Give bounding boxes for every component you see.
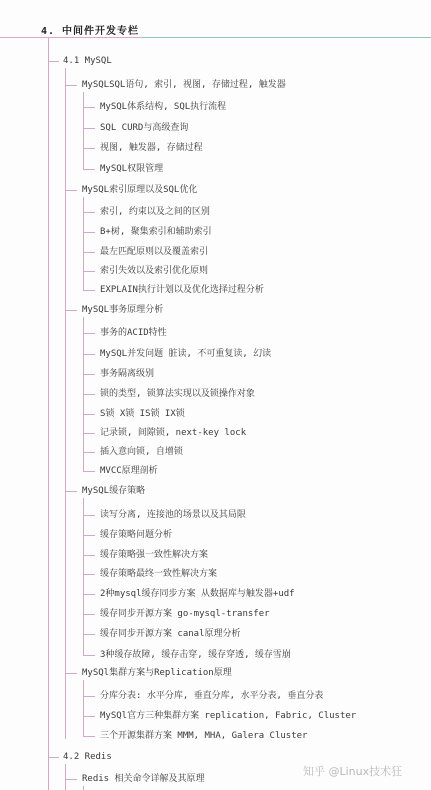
branch-connector: [83, 128, 95, 129]
group-trunk: [83, 498, 84, 655]
group-trunk: [83, 92, 84, 169]
list-item[interactable]: 缓存策略问题分析: [100, 529, 172, 541]
list-item[interactable]: MySQl官方三种集群方案 replication, Fabric, Clust…: [100, 710, 356, 722]
branch-connector: [83, 655, 95, 656]
branch-connector: [83, 333, 95, 334]
section-mysql[interactable]: 4.1 MySQL: [63, 55, 112, 67]
list-item[interactable]: MySQL并发问题 脏读, 不可重复读, 幻读: [100, 348, 271, 360]
list-item[interactable]: 插入意向锁, 自增锁: [100, 446, 183, 458]
group-redis-commands[interactable]: Redis 相关命令详解及其原理: [82, 773, 205, 785]
branch-connector: [83, 696, 95, 697]
list-item[interactable]: 事务的ACID特性: [100, 327, 167, 339]
group-trunk: [83, 786, 84, 790]
list-item[interactable]: MySQL体系结构, SQL执行流程: [100, 101, 226, 113]
group-transactions[interactable]: MySQL事务原理分析: [82, 304, 163, 316]
list-item[interactable]: 3种缓存故障, 缓存击穿, 缓存穿透, 缓存雪崩: [100, 649, 291, 661]
branch-connector: [83, 212, 95, 213]
list-item[interactable]: 读写分离, 连接池的场景以及其局限: [100, 509, 246, 521]
branch-connector: [83, 232, 95, 233]
branch-connector: [83, 169, 95, 170]
list-item[interactable]: 2种mysql缓存同步方案 从数据库与触发器+udf: [100, 588, 295, 600]
branch-connector: [65, 779, 77, 780]
list-item[interactable]: 缓存策略最终一致性解决方案: [100, 568, 217, 580]
branch-connector: [48, 757, 59, 758]
list-item[interactable]: 三个开源集群方案 MMM, MHA, Galera Cluster: [100, 730, 307, 742]
branch-connector: [83, 515, 95, 516]
group-trunk: [83, 197, 84, 290]
page-title: 4. 中间件开发专栏: [41, 22, 139, 37]
list-item[interactable]: 分库分表: 水平分库, 垂直分库, 水平分表, 垂直分表: [100, 690, 323, 702]
list-item[interactable]: 缓存同步开源方案 canal原理分析: [100, 628, 241, 640]
branch-connector: [83, 433, 95, 434]
list-item[interactable]: 索引失效以及索引优化原则: [100, 265, 208, 277]
title-underline-teal: [142, 37, 431, 38]
list-item[interactable]: 锁的类型, 锁算法实现以及锁操作对象: [100, 388, 255, 400]
branch-connector: [83, 555, 95, 556]
list-item[interactable]: 缓存策略强一致性解决方案: [100, 549, 208, 561]
branch-connector: [83, 394, 95, 395]
branch-connector: [83, 736, 95, 737]
list-item[interactable]: S锁 X锁 IS锁 IX锁: [100, 408, 185, 420]
branch-connector: [83, 290, 95, 291]
section-redis[interactable]: 4.2 Redis: [63, 751, 112, 763]
list-item[interactable]: EXPLAIN执行计划以及优化选择过程分析: [100, 284, 264, 296]
branch-connector: [83, 271, 95, 272]
branch-connector: [83, 148, 95, 149]
group-index-optimization[interactable]: MySQL索引原理以及SQL优化: [82, 184, 197, 196]
branch-connector: [83, 374, 95, 375]
mysql-trunk: [65, 68, 66, 739]
tree-trunk: [48, 38, 49, 790]
branch-connector: [83, 252, 95, 253]
list-item[interactable]: MVCC原理剖析: [100, 465, 158, 477]
watermark: 知乎 @Linux技术狂: [303, 763, 402, 779]
branch-connector: [65, 491, 77, 492]
branch-connector: [83, 354, 95, 355]
list-item[interactable]: 最左匹配原则以及覆盖索引: [100, 246, 208, 258]
group-cache-strategy[interactable]: MySQL缓存策略: [82, 485, 145, 497]
list-item[interactable]: SQL CURD与高级查询: [100, 122, 188, 134]
branch-connector: [83, 574, 95, 575]
branch-connector: [83, 594, 95, 595]
redis-trunk: [65, 764, 66, 790]
list-item[interactable]: 事务隔离级别: [100, 368, 154, 380]
branch-connector: [83, 614, 95, 615]
group-cluster-replication[interactable]: MySQl集群方案与Replication原理: [82, 667, 232, 679]
list-item[interactable]: 记录锁, 间隙锁, next-key lock: [100, 427, 246, 439]
group-trunk: [83, 680, 84, 736]
branch-connector: [83, 452, 95, 453]
branch-connector: [83, 634, 95, 635]
branch-connector: [83, 535, 95, 536]
branch-connector: [48, 61, 59, 62]
branch-connector: [65, 85, 77, 86]
branch-connector: [83, 414, 95, 415]
list-item[interactable]: 索引, 约束以及之间的区别: [100, 206, 210, 218]
list-item[interactable]: MySQL权限管理: [100, 163, 163, 175]
branch-connector: [83, 716, 95, 717]
group-sql-basics[interactable]: MySQLSQL语句, 索引, 视图, 存储过程, 触发器: [82, 79, 286, 91]
branch-connector: [65, 190, 77, 191]
list-item[interactable]: 缓存同步开源方案 go-mysql-transfer: [100, 608, 270, 620]
list-item[interactable]: B+树, 聚集索引和辅助索引: [100, 226, 212, 238]
branch-connector: [65, 673, 77, 674]
branch-connector: [83, 107, 95, 108]
branch-connector: [65, 310, 77, 311]
branch-connector: [83, 471, 95, 472]
title-underline-pink: [0, 37, 142, 38]
list-item[interactable]: 视图, 触发器, 存储过程: [100, 142, 203, 154]
